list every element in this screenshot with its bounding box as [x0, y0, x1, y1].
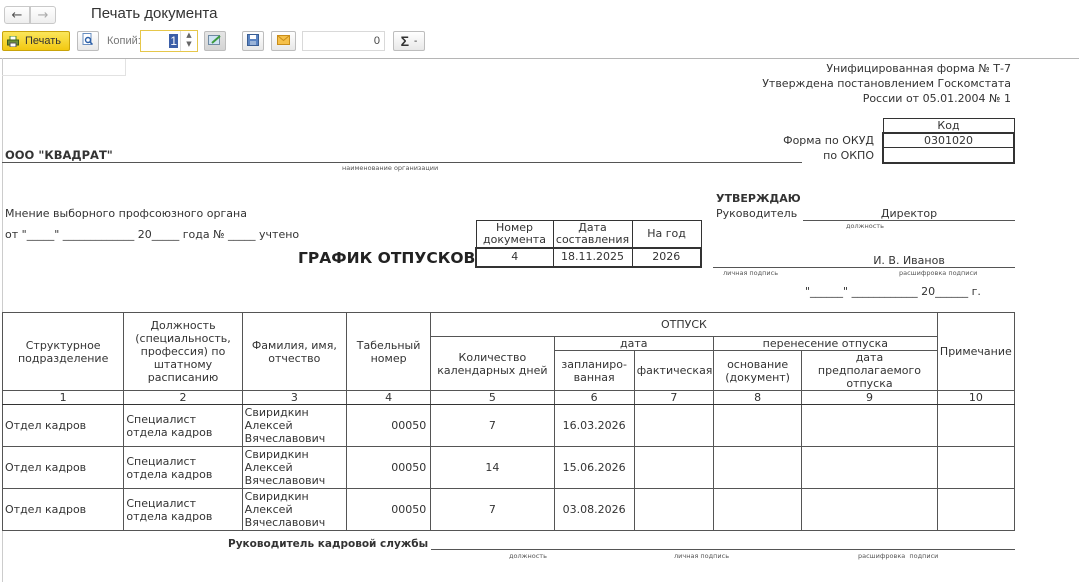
cell-basis: [713, 405, 801, 447]
cell-planned-date: 15.06.2026: [554, 447, 634, 489]
cell-full-name: Свиридкин Алексей Вячеславович: [242, 447, 346, 489]
approval-position: Директор: [803, 207, 1015, 220]
column-numbers-row: 1 2 3 4 5 6 7 8 9 10: [3, 391, 1015, 405]
cell-basis: [713, 489, 801, 531]
cell-department: Отдел кадров: [3, 405, 124, 447]
cell-department: Отдел кадров: [3, 489, 124, 531]
cell-department: Отдел кадров: [3, 447, 124, 489]
vacation-schedule-table: Структурное подразделение Должность (спе…: [2, 312, 1015, 531]
form-approved-date: России от 05.01.2004 № 1: [762, 91, 1011, 106]
sum-dropdown-button[interactable]: Σ -: [393, 31, 425, 51]
arrow-left-icon: ←: [12, 8, 23, 23]
header-date-group: дата: [554, 337, 713, 351]
hr-name-caption: расшифровка подписи: [858, 552, 938, 560]
header-position: Должность (специальность, профессия) по …: [124, 313, 242, 391]
print-button[interactable]: Печать: [2, 31, 70, 51]
cell-note: [937, 489, 1014, 531]
approval-name: И. В. Иванов: [803, 254, 1015, 267]
approval-date-line: "______" ____________ 20______ г.: [805, 285, 981, 298]
forward-button[interactable]: →: [30, 6, 56, 24]
column-number: 6: [554, 391, 634, 405]
approval-name-caption: расшифровка подписи: [899, 269, 977, 277]
column-number: 10: [937, 391, 1014, 405]
okpo-label: по ОКПО: [740, 148, 874, 163]
cell-actual-date: [634, 447, 713, 489]
column-number: 2: [124, 391, 242, 405]
header-planned: запланиро-ванная: [554, 351, 634, 391]
toolbar-divider: [0, 58, 1079, 59]
print-label: Печать: [25, 35, 61, 47]
chevron-down-icon: -: [414, 36, 417, 47]
cell-full-name: Свиридкин Алексей Вячеславович: [242, 489, 346, 531]
cell-days: 7: [431, 489, 554, 531]
header-department: Структурное подразделение: [3, 313, 124, 391]
header-vacation: ОТПУСК: [431, 313, 937, 337]
header-full-name: Фамилия, имя, отчество: [242, 313, 346, 391]
doc-date-value: 18.11.2025: [553, 248, 632, 267]
cell-actual-date: [634, 489, 713, 531]
save-button[interactable]: [242, 31, 264, 51]
edit-pencil-icon: [208, 34, 222, 49]
cell-days: 7: [431, 405, 554, 447]
code-labels: Форма по ОКУД по ОКПО: [740, 133, 874, 163]
cell-position: Специалист отдела кадров: [124, 405, 242, 447]
window-title: Печать документа: [91, 5, 217, 22]
approval-role: Руководитель: [716, 207, 797, 220]
cell-full-name: Свиридкин Алексей Вячеславович: [242, 405, 346, 447]
okud-value: 0301020: [883, 133, 1014, 148]
column-number: 3: [242, 391, 346, 405]
organization-name: ООО "КВАДРАТ": [5, 148, 113, 162]
approval-signature-caption: личная подпись: [723, 269, 778, 277]
column-number: 5: [431, 391, 554, 405]
approval-position-caption: должность: [846, 222, 884, 230]
cell-position: Специалист отдела кадров: [124, 447, 242, 489]
code-table: Код 0301020: [882, 118, 1015, 164]
cell-position: Специалист отдела кадров: [124, 489, 242, 531]
cell-expected-date: [802, 405, 937, 447]
okud-label: Форма по ОКУД: [740, 133, 874, 148]
cell-note: [937, 405, 1014, 447]
header-tab-number: Табельный номер: [346, 313, 430, 391]
cell-planned-date: 16.03.2026: [554, 405, 634, 447]
printer-icon: [7, 36, 19, 47]
header-actual: фактическая: [634, 351, 713, 391]
sigma-icon: Σ: [401, 33, 409, 49]
union-opinion: Мнение выборного профсоюзного органа: [5, 207, 247, 220]
hr-head-label: Руководитель кадровой службы: [228, 538, 428, 550]
approval-signature-line: [713, 267, 1015, 268]
cell-basis: [713, 447, 801, 489]
sum-field[interactable]: 0: [302, 31, 385, 51]
envelope-icon: [277, 35, 290, 48]
header-basis: основание (документ): [713, 351, 801, 391]
cell-days: 14: [431, 447, 554, 489]
doc-year-value: 2026: [632, 248, 701, 267]
cell-actual-date: [634, 405, 713, 447]
back-button[interactable]: ←: [4, 6, 30, 24]
document-info-table: Номер документа Дата составления На год …: [475, 220, 702, 268]
email-button[interactable]: [271, 31, 296, 51]
column-number: 8: [713, 391, 801, 405]
arrow-right-icon: →: [38, 8, 49, 23]
organization-underline: [2, 162, 802, 163]
approval-position-line: [803, 220, 1015, 221]
form-approved-by: Утверждена постановлением Госкомстата: [762, 76, 1011, 91]
table-row: Отдел кадров Специалист отдела кадров Св…: [3, 489, 1015, 531]
form-info: Унифицированная форма № Т-7 Утверждена п…: [762, 61, 1011, 106]
table-row: Отдел кадров Специалист отдела кадров Св…: [3, 405, 1015, 447]
table-row: Отдел кадров Специалист отдела кадров Св…: [3, 447, 1015, 489]
hr-position-caption: должность: [509, 552, 547, 560]
cell-expected-date: [802, 447, 937, 489]
cell-tab-number: 00050: [346, 447, 430, 489]
copies-label: Копий:: [107, 35, 141, 47]
header-expected-date: дата предполагаемого отпуска: [802, 351, 937, 391]
copies-input[interactable]: 1 ▲▼: [140, 30, 198, 52]
cell-tab-number: 00050: [346, 489, 430, 531]
copies-value: 1: [169, 34, 178, 48]
column-number: 7: [634, 391, 713, 405]
hr-signature-caption: личная подпись: [674, 552, 729, 560]
floppy-disk-icon: [247, 34, 259, 49]
doc-date-header: Дата составления: [553, 221, 632, 248]
preview-button[interactable]: [77, 31, 99, 51]
cell-note: [937, 447, 1014, 489]
doc-year-header: На год: [632, 221, 701, 248]
document-title: ГРАФИК ОТПУСКОВ: [298, 249, 475, 267]
cell-planned-date: 03.08.2026: [554, 489, 634, 531]
cell-tab-number: 00050: [346, 405, 430, 447]
header-note: Примечание: [937, 313, 1014, 391]
code-header: Код: [883, 119, 1014, 134]
doc-number-value: 4: [476, 248, 553, 267]
hr-head-line: [431, 549, 1015, 550]
column-number: 1: [3, 391, 124, 405]
column-number: 9: [802, 391, 937, 405]
okpo-value: [883, 148, 1014, 164]
column-number: 4: [346, 391, 430, 405]
organization-caption: наименование организации: [342, 164, 438, 172]
cell-expected-date: [802, 489, 937, 531]
doc-number-header: Номер документа: [476, 221, 553, 248]
spin-up-icon: ▲: [186, 31, 191, 39]
copies-spinner[interactable]: ▲▼: [180, 31, 197, 51]
magnifier-document-icon: [82, 33, 94, 49]
spin-down-icon: ▼: [186, 40, 191, 48]
header-days: Количество календарных дней: [431, 337, 554, 391]
approval-heading: УТВЕРЖДАЮ: [716, 192, 801, 205]
edit-button[interactable]: [204, 31, 226, 51]
form-number: Унифицированная форма № Т-7: [762, 61, 1011, 76]
union-date-line: от "_____" _____________ 20_____ года № …: [5, 228, 299, 241]
spreadsheet-corner-cell: [2, 59, 126, 76]
header-transfer-group: перенесение отпуска: [713, 337, 937, 351]
